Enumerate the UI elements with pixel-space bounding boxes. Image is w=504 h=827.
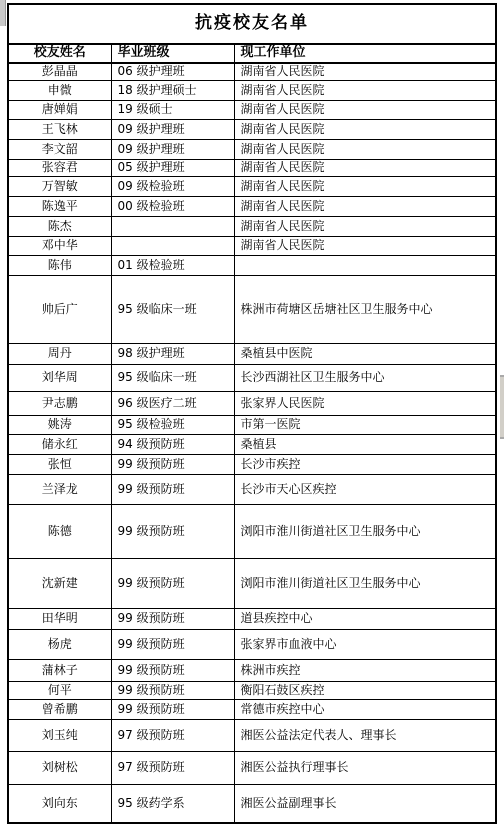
workplace-cell: 道县疾控中心 bbox=[234, 608, 496, 629]
table-row: 李文韶09 级护理班湖南省人民医院 bbox=[8, 139, 496, 159]
name-cell: 姚涛 bbox=[8, 415, 111, 434]
header-row: 校友姓名 毕业班级 现工作单位 bbox=[8, 44, 496, 63]
workplace-cell bbox=[234, 255, 496, 275]
grad-class-cell: 97 级预防班 bbox=[111, 751, 234, 784]
name-cell: 唐婵娟 bbox=[8, 100, 111, 119]
grad-class-cell: 06 级护理班 bbox=[111, 63, 234, 80]
table-head: 抗疫校友名单 校友姓名 毕业班级 现工作单位 bbox=[8, 4, 496, 63]
table-row: 陈伟01 级检验班 bbox=[8, 255, 496, 275]
workplace-cell: 湘医公益法定代表人、理事长 bbox=[234, 719, 496, 751]
grad-class-cell: 05 级护理班 bbox=[111, 159, 234, 176]
grad-class-cell bbox=[111, 216, 234, 236]
name-cell: 申微 bbox=[8, 80, 111, 100]
workplace-cell: 常德市疾控中心 bbox=[234, 699, 496, 719]
workplace-cell: 湘医公益副理事长 bbox=[234, 784, 496, 823]
workplace-cell: 湘医公益执行理事长 bbox=[234, 751, 496, 784]
table-row: 田华明99 级预防班道县疾控中心 bbox=[8, 608, 496, 629]
name-cell: 刘向东 bbox=[8, 784, 111, 823]
table-row: 沈新建99 级预防班浏阳市淮川街道社区卫生服务中心 bbox=[8, 558, 496, 608]
name-cell: 周丹 bbox=[8, 343, 111, 364]
name-cell: 邓中华 bbox=[8, 236, 111, 255]
workplace-cell: 浏阳市淮川街道社区卫生服务中心 bbox=[234, 504, 496, 558]
name-cell: 刘玉纯 bbox=[8, 719, 111, 751]
grad-class-cell: 99 级预防班 bbox=[111, 474, 234, 504]
column-header-current-workplace: 现工作单位 bbox=[234, 44, 496, 63]
workplace-cell: 桑植县 bbox=[234, 434, 496, 454]
table-row: 刘树松97 级预防班湘医公益执行理事长 bbox=[8, 751, 496, 784]
name-cell: 陈杰 bbox=[8, 216, 111, 236]
table-row: 唐婵娟19 级硕士湖南省人民医院 bbox=[8, 100, 496, 119]
alumni-table: 抗疫校友名单 校友姓名 毕业班级 现工作单位 彭晶晶06 级护理班湖南省人民医院… bbox=[7, 3, 497, 824]
grad-class-cell: 18 级护理硕士 bbox=[111, 80, 234, 100]
workplace-cell: 市第一医院 bbox=[234, 415, 496, 434]
workplace-cell: 张家界人民医院 bbox=[234, 391, 496, 415]
grad-class-cell: 99 级预防班 bbox=[111, 558, 234, 608]
grad-class-cell: 99 级预防班 bbox=[111, 659, 234, 681]
grad-class-cell: 09 级护理班 bbox=[111, 119, 234, 139]
table-row: 陈逸平00 级检验班湖南省人民医院 bbox=[8, 196, 496, 216]
grad-class-cell: 95 级临床一班 bbox=[111, 364, 234, 391]
workplace-cell: 湖南省人民医院 bbox=[234, 176, 496, 196]
table-row: 曾希鹏99 级预防班常德市疾控中心 bbox=[8, 699, 496, 719]
workplace-cell: 湖南省人民医院 bbox=[234, 139, 496, 159]
grad-class-cell: 09 级护理班 bbox=[111, 139, 234, 159]
table-row: 尹志鹏96 级医疗二班张家界人民医院 bbox=[8, 391, 496, 415]
table-row: 储永红94 级预防班桑植县 bbox=[8, 434, 496, 454]
name-cell: 曾希鹏 bbox=[8, 699, 111, 719]
workplace-cell: 湖南省人民医院 bbox=[234, 119, 496, 139]
title-row: 抗疫校友名单 bbox=[8, 4, 496, 44]
grad-class-cell: 95 级检验班 bbox=[111, 415, 234, 434]
name-cell: 陈德 bbox=[8, 504, 111, 558]
name-cell: 万智敏 bbox=[8, 176, 111, 196]
grad-class-cell: 99 级预防班 bbox=[111, 681, 234, 699]
workplace-cell: 株洲市疾控 bbox=[234, 659, 496, 681]
table-row: 万智敏09 级检验班湖南省人民医院 bbox=[8, 176, 496, 196]
table-row: 姚涛95 级检验班市第一医院 bbox=[8, 415, 496, 434]
workplace-cell: 桑植县中医院 bbox=[234, 343, 496, 364]
grad-class-cell: 19 级硕士 bbox=[111, 100, 234, 119]
scrollbar-fragment-right[interactable] bbox=[500, 375, 504, 439]
table-row: 刘向东95 级药学系湘医公益副理事长 bbox=[8, 784, 496, 823]
table-row: 张恒99 级预防班长沙市疾控 bbox=[8, 454, 496, 474]
name-cell: 刘华周 bbox=[8, 364, 111, 391]
table-row: 帅后广95 级临床一班株洲市荷塘区岳塘社区卫生服务中心 bbox=[8, 275, 496, 343]
name-cell: 刘树松 bbox=[8, 751, 111, 784]
table-row: 杨虎99 级预防班张家界市血液中心 bbox=[8, 629, 496, 659]
table-row: 陈德99 级预防班浏阳市淮川街道社区卫生服务中心 bbox=[8, 504, 496, 558]
grad-class-cell bbox=[111, 236, 234, 255]
column-header-alumni-name: 校友姓名 bbox=[8, 44, 111, 63]
name-cell: 尹志鹏 bbox=[8, 391, 111, 415]
grad-class-cell: 00 级检验班 bbox=[111, 196, 234, 216]
grad-class-cell: 99 级预防班 bbox=[111, 608, 234, 629]
grad-class-cell: 99 级预防班 bbox=[111, 454, 234, 474]
grad-class-cell: 99 级预防班 bbox=[111, 504, 234, 558]
workplace-cell: 湖南省人民医院 bbox=[234, 159, 496, 176]
name-cell: 蒲林子 bbox=[8, 659, 111, 681]
grad-class-cell: 98 级护理班 bbox=[111, 343, 234, 364]
workplace-cell: 长沙市疾控 bbox=[234, 454, 496, 474]
name-cell: 何平 bbox=[8, 681, 111, 699]
name-cell: 帅后广 bbox=[8, 275, 111, 343]
grad-class-cell: 09 级检验班 bbox=[111, 176, 234, 196]
grad-class-cell: 99 级预防班 bbox=[111, 629, 234, 659]
grad-class-cell: 01 级检验班 bbox=[111, 255, 234, 275]
workplace-cell: 长沙市天心区疾控 bbox=[234, 474, 496, 504]
table-row: 刘华周95 级临床一班长沙西湖社区卫生服务中心 bbox=[8, 364, 496, 391]
name-cell: 杨虎 bbox=[8, 629, 111, 659]
workplace-cell: 浏阳市淮川街道社区卫生服务中心 bbox=[234, 558, 496, 608]
workplace-cell: 湖南省人民医院 bbox=[234, 63, 496, 80]
column-header-graduation-class: 毕业班级 bbox=[111, 44, 234, 63]
workplace-cell: 湖南省人民医院 bbox=[234, 100, 496, 119]
table-row: 刘玉纯97 级预防班湘医公益法定代表人、理事长 bbox=[8, 719, 496, 751]
table-row: 周丹98 级护理班桑植县中医院 bbox=[8, 343, 496, 364]
workplace-cell: 湖南省人民医院 bbox=[234, 236, 496, 255]
table-row: 兰泽龙99 级预防班长沙市天心区疾控 bbox=[8, 474, 496, 504]
workplace-cell: 张家界市血液中心 bbox=[234, 629, 496, 659]
workplace-cell: 长沙西湖社区卫生服务中心 bbox=[234, 364, 496, 391]
grad-class-cell: 95 级临床一班 bbox=[111, 275, 234, 343]
table-row: 陈杰湖南省人民医院 bbox=[8, 216, 496, 236]
table-title: 抗疫校友名单 bbox=[8, 4, 496, 44]
name-cell: 王飞林 bbox=[8, 119, 111, 139]
table-row: 彭晶晶06 级护理班湖南省人民医院 bbox=[8, 63, 496, 80]
name-cell: 张容君 bbox=[8, 159, 111, 176]
name-cell: 彭晶晶 bbox=[8, 63, 111, 80]
workplace-cell: 湖南省人民医院 bbox=[234, 216, 496, 236]
workplace-cell: 湖南省人民医院 bbox=[234, 80, 496, 100]
name-cell: 沈新建 bbox=[8, 558, 111, 608]
name-cell: 储永红 bbox=[8, 434, 111, 454]
table-row: 张容君05 级护理班湖南省人民医院 bbox=[8, 159, 496, 176]
workplace-cell: 株洲市荷塘区岳塘社区卫生服务中心 bbox=[234, 275, 496, 343]
table-row: 蒲林子99 级预防班株洲市疾控 bbox=[8, 659, 496, 681]
name-cell: 田华明 bbox=[8, 608, 111, 629]
grad-class-cell: 96 级医疗二班 bbox=[111, 391, 234, 415]
grad-class-cell: 95 级药学系 bbox=[111, 784, 234, 823]
table-row: 申微18 级护理硕士湖南省人民医院 bbox=[8, 80, 496, 100]
scrollbar-fragment-top-left bbox=[0, 0, 6, 26]
name-cell: 陈逸平 bbox=[8, 196, 111, 216]
name-cell: 陈伟 bbox=[8, 255, 111, 275]
grad-class-cell: 97 级预防班 bbox=[111, 719, 234, 751]
table-row: 何平99 级预防班衡阳石鼓区疾控 bbox=[8, 681, 496, 699]
name-cell: 李文韶 bbox=[8, 139, 111, 159]
workplace-cell: 湖南省人民医院 bbox=[234, 196, 496, 216]
table-body: 彭晶晶06 级护理班湖南省人民医院申微18 级护理硕士湖南省人民医院唐婵娟19 … bbox=[8, 63, 496, 823]
grad-class-cell: 99 级预防班 bbox=[111, 699, 234, 719]
table-row: 王飞林09 级护理班湖南省人民医院 bbox=[8, 119, 496, 139]
grad-class-cell: 94 级预防班 bbox=[111, 434, 234, 454]
name-cell: 张恒 bbox=[8, 454, 111, 474]
table-row: 邓中华湖南省人民医院 bbox=[8, 236, 496, 255]
workplace-cell: 衡阳石鼓区疾控 bbox=[234, 681, 496, 699]
name-cell: 兰泽龙 bbox=[8, 474, 111, 504]
